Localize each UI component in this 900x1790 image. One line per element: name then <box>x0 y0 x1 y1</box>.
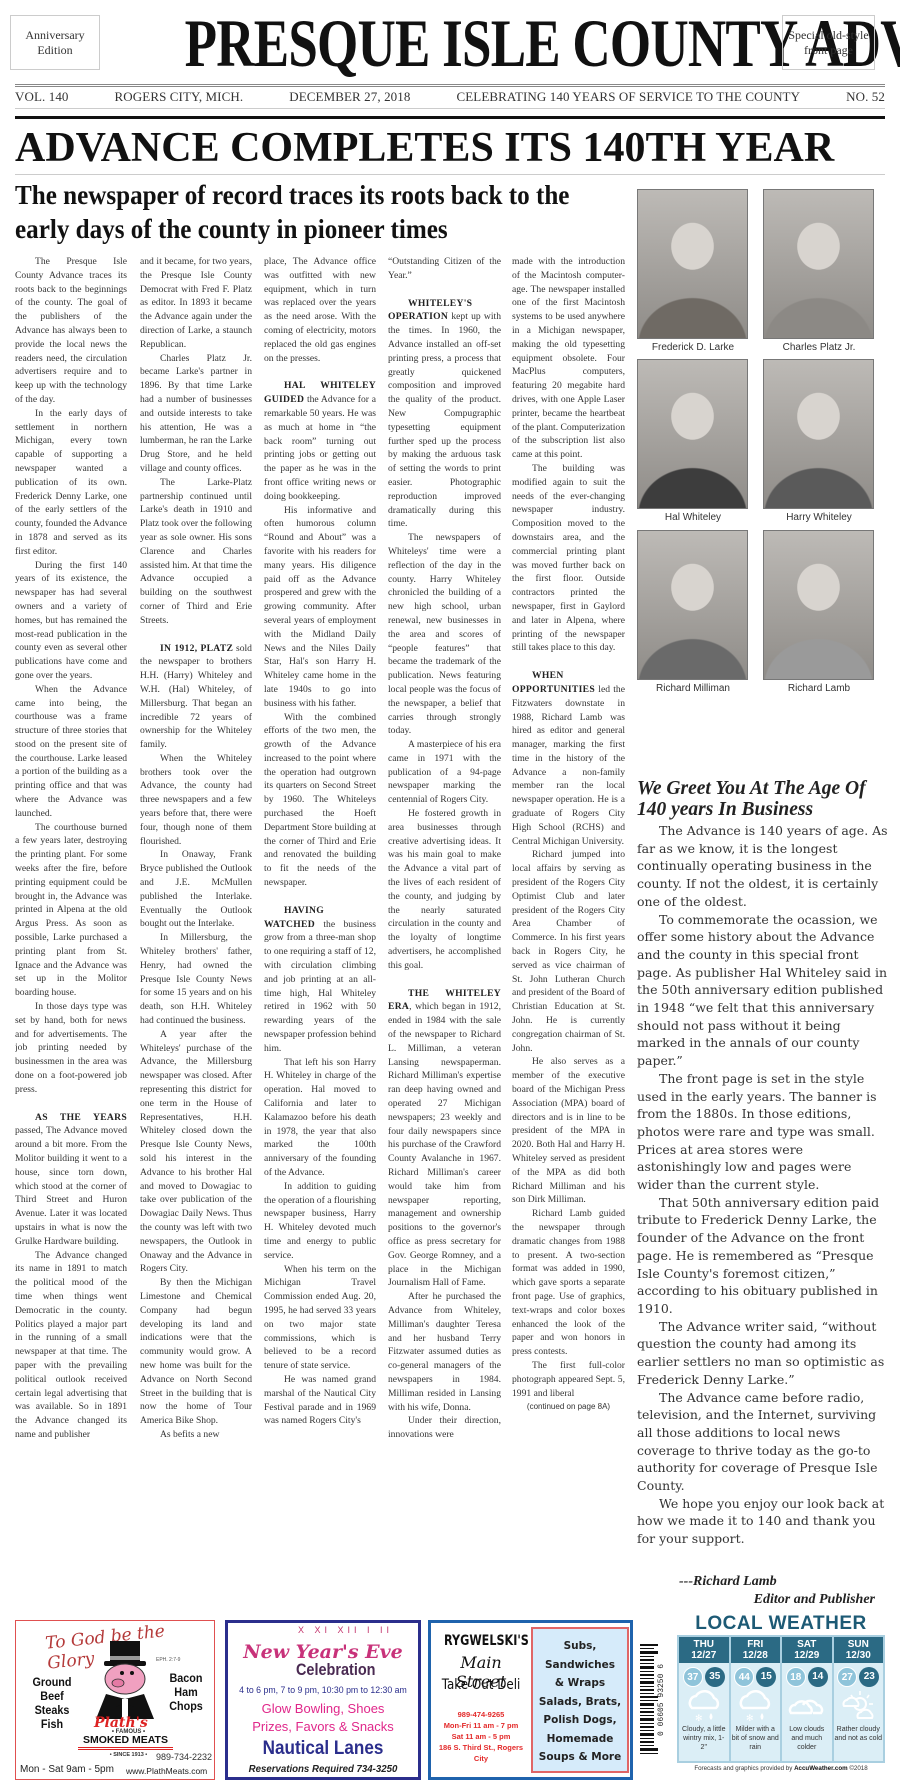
ad-hours: Mon-Fri 11 am - 7 pm <box>433 1720 529 1731</box>
continued-note[interactable]: (continued on page 8A) <box>512 1400 625 1414</box>
low-temp: 15 <box>756 1667 776 1687</box>
forecast-description: Low clouds and much colder <box>782 1725 832 1752</box>
article-paragraph: In Onaway, Frank Bryce published the Out… <box>140 848 252 931</box>
ad-product: SMOKED MEATS <box>78 1734 173 1750</box>
article-paragraph: WHITELEY'S OPERATION kept up with the ti… <box>388 297 501 532</box>
ad-item: Ground Beef <box>21 1675 82 1703</box>
forecast-day-header: FRI12/28 <box>731 1637 781 1663</box>
ad-hours: Sat 11 am - 5 pm <box>433 1731 529 1742</box>
section-lead: IN 1912, PLATZ <box>160 643 233 654</box>
ad-item: Steaks <box>21 1703 82 1717</box>
ad-address: 186 S. Third St., Rogers City <box>433 1742 529 1764</box>
forecast-description: Milder with a bit of snow and rain <box>731 1725 781 1752</box>
portrait-image <box>638 360 747 508</box>
editor-note-paragraph: That 50th anniversary edition paid tribu… <box>637 1194 890 1318</box>
article-paragraph: By then the Michigan Limestone and Chemi… <box>140 1276 252 1428</box>
high-temp: 37 <box>683 1667 703 1687</box>
photo-charles-platz <box>763 189 874 339</box>
ad-menu-box: Subs, Sandwiches & Wraps Salads, Brats, … <box>531 1627 629 1773</box>
location: ROGERS CITY, MICH. <box>115 89 244 105</box>
ad-line: Prizes, Favors & Snacks <box>228 1719 418 1734</box>
article-paragraph: His informative and often humorous colum… <box>264 504 376 711</box>
local-weather-widget: LOCAL WEATHER THU12/27 3735 ✻ Cloudy, a … <box>677 1613 885 1783</box>
plath-meats-ad[interactable]: To God be the Glory EPH. 2:7-9 Ground Be… <box>15 1620 215 1780</box>
article-paragraph: The building was modified again to suit … <box>512 462 625 655</box>
photo-richard-lamb <box>763 530 874 680</box>
article-column-2: and it became, for two years, the Presqu… <box>140 255 252 1595</box>
clock-icon: X XI XII I II <box>298 1625 393 1635</box>
high-temp: 27 <box>837 1667 857 1687</box>
article-paragraph: He fostered growth in area businesses th… <box>388 807 501 973</box>
ad-subtitle: Celebration <box>242 1660 404 1680</box>
photo-hal-whiteley <box>637 359 748 509</box>
editor-signature: ---Richard Lamb Editor and Publisher <box>637 1573 875 1609</box>
article-paragraph: HAVING WATCHED the business grow from a … <box>264 904 376 1056</box>
weather-credit: Forecasts and graphics provided by AccuW… <box>677 1765 885 1772</box>
photo-richard-milliman <box>637 530 748 680</box>
forecast-temps: 2723 <box>834 1667 884 1687</box>
issue-date: DECEMBER 27, 2018 <box>289 89 410 105</box>
article-paragraph: Richard Lamb guided the newspaper throug… <box>512 1207 625 1359</box>
section-lead: HAL WHITELEY GUIDED <box>264 380 376 405</box>
article-paragraph: THE WHITELEY ERA, which began in 1912, e… <box>388 987 501 1291</box>
forecast-date: 12/27 <box>679 1650 729 1661</box>
article-paragraph: When the Advance came into being, the co… <box>15 683 127 821</box>
ad-phone: 989-734-2232 <box>156 1752 212 1762</box>
article-paragraph: In Millersburg, the Whiteley brothers' f… <box>140 931 252 1028</box>
ad-contact: 989-474-9265 Mon-Fri 11 am - 7 pm Sat 11… <box>433 1709 529 1764</box>
ad-take: Take Out Deli <box>440 1677 522 1693</box>
article-paragraph: The newspapers of Whiteleys' time were a… <box>388 531 501 738</box>
photo-frederick-larke <box>637 189 748 339</box>
dateline-divider <box>15 108 885 109</box>
article-paragraph: “Outstanding Citizen of the Year.” <box>388 255 501 283</box>
editor-note-paragraph: The front page is set in the style used … <box>637 1070 890 1194</box>
forecast-date: 12/30 <box>834 1650 884 1661</box>
editor-note-title: We Greet You At The Age Of 140 years In … <box>637 778 892 820</box>
section-lead: WHEN OPPORTUNITIES <box>512 670 595 695</box>
ad-left-items: Ground Beef Steaks Fish <box>21 1675 82 1731</box>
article-paragraph: IN 1912, PLATZ sold the newspaper to bro… <box>140 642 252 752</box>
ad-name: RYGWELSKI'S <box>444 1633 516 1649</box>
svg-text:✻: ✻ <box>746 1713 754 1723</box>
low-temp: 14 <box>808 1667 828 1687</box>
ear-text: Anniversary Edition <box>11 28 99 58</box>
forecast-temps: 1814 <box>782 1667 832 1687</box>
editor-note-paragraph: To commemorate the ocassion, we offer so… <box>637 911 890 1070</box>
article-paragraph: With the combined efforts of the two men… <box>264 711 376 890</box>
editor-note-paragraph: The Advance is 140 years of age. As far … <box>637 822 890 911</box>
article-paragraph: made with the introduction of the Macint… <box>512 255 625 462</box>
photo-caption: Charles Platz Jr. <box>759 342 879 353</box>
issue-number: NO. 52 <box>846 89 885 105</box>
forecast-description: Rather cloudy and not as cold <box>834 1725 884 1743</box>
photo-caption: Hal Whiteley <box>633 512 753 523</box>
menu-item: Soups & More <box>533 1748 627 1767</box>
low-temp: 35 <box>705 1667 725 1687</box>
forecast-weekday: SAT <box>782 1639 832 1650</box>
ad-hours: Mon - Sat 9am - 5pm <box>20 1764 114 1775</box>
article-paragraph: Richard jumped into local affairs by ser… <box>512 848 625 1055</box>
article-paragraph: When his term on the Michigan Travel Com… <box>264 1263 376 1373</box>
high-temp: 18 <box>786 1667 806 1687</box>
forecast-day: FRI12/28 4415 ✻ Milder with a bit of sno… <box>731 1637 781 1761</box>
photo-caption: Harry Whiteley <box>759 512 879 523</box>
article-paragraph: Under their direction, innovations were <box>388 1414 501 1442</box>
article-paragraph: The Advance changed its name in 1891 to … <box>15 1249 127 1442</box>
article-paragraph: place, The Advance office was outfitted … <box>264 255 376 365</box>
cloud-snow-rain-icon: ✻ <box>731 1687 781 1725</box>
article-paragraph: The Larke-Platz partnership continued un… <box>140 476 252 628</box>
high-temp: 44 <box>734 1667 754 1687</box>
forecast-day-header: THU12/27 <box>679 1637 729 1663</box>
slogan: CELEBRATING 140 YEARS OF SERVICE TO THE … <box>456 89 800 105</box>
section-lead: AS THE YEARS <box>35 1112 127 1123</box>
article-paragraph: That left his son Harry H. Whiteley in c… <box>264 1056 376 1180</box>
newspaper-flag: PRESQUE ISLE COUNTY ADVANCE <box>185 6 700 81</box>
article-paragraph: When the Whiteley brothers took over the… <box>140 752 252 849</box>
article-paragraph: He also serves as a member of the execut… <box>512 1055 625 1207</box>
portrait-image <box>764 360 873 508</box>
forecast-description: Cloudy, a little wintry mix, 1-2" <box>679 1725 729 1752</box>
portrait-image <box>638 190 747 338</box>
ad-website-link[interactable]: www.PlathMeats.com <box>126 1766 207 1776</box>
forecast-day-header: SUN12/30 <box>834 1637 884 1663</box>
menu-item: Sandwiches <box>533 1656 627 1675</box>
svg-text:✻: ✻ <box>695 1713 703 1723</box>
forecast-day-header: SAT12/29 <box>782 1637 832 1663</box>
photo-caption: Richard Lamb <box>759 683 879 694</box>
signature-title: Editor and Publisher <box>637 1591 875 1609</box>
article-column-4: “Outstanding Citizen of the Year.”WHITEL… <box>388 255 501 1595</box>
forecast-day: SAT12/29 1814 Low clouds and much colder <box>782 1637 832 1761</box>
ad-item: Chops <box>164 1699 209 1713</box>
ad-reservations: Reservations Required 734-3250 <box>236 1763 411 1775</box>
forecast-weekday: THU <box>679 1639 729 1650</box>
pig-mascot-icon <box>88 1639 163 1719</box>
credit-brand: AccuWeather.com <box>794 1765 848 1772</box>
banner-top-rule <box>15 116 885 119</box>
photo-harry-whiteley <box>763 359 874 509</box>
ad-right-items: Bacon Ham Chops <box>164 1671 209 1713</box>
barcode-number: 0 06605 93250 6 <box>657 1640 666 1760</box>
weather-forecast-grid: THU12/27 3735 ✻ Cloudy, a little wintry … <box>677 1635 885 1763</box>
volume: VOL. 140 <box>15 89 69 105</box>
special-front-page-ear: Special old-style front page <box>782 15 875 70</box>
cloud-snow-rain-icon: ✻ <box>679 1687 729 1725</box>
forecast-temps: 3735 <box>679 1667 729 1687</box>
menu-item: & Wraps <box>533 1674 627 1693</box>
signature-name: ---Richard Lamb <box>637 1573 875 1591</box>
photo-caption: Frederick D. Larke <box>633 342 753 353</box>
article-paragraph: A year after the Whiteleys' purchase of … <box>140 1028 252 1276</box>
article-paragraph: and it became, for two years, the Presqu… <box>140 255 252 352</box>
article-paragraph: WHEN OPPORTUNITIES led the Fitzwaters do… <box>512 669 625 848</box>
banner-headline: ADVANCE COMPLETES ITS 140TH YEAR <box>15 120 885 176</box>
editor-note-body: The Advance is 140 years of age. As far … <box>637 822 890 1548</box>
forecast-temps: 4415 <box>731 1667 781 1687</box>
portrait-image <box>764 531 873 679</box>
article-paragraph: During the first 140 years of its existe… <box>15 559 127 683</box>
anniversary-edition-ear: Anniversary Edition <box>10 15 100 70</box>
section-lead: WHITELEY'S OPERATION <box>388 298 472 323</box>
masthead-divider <box>15 84 885 87</box>
article-paragraph: AS THE YEARS passed, The Advance moved a… <box>15 1111 127 1249</box>
article-paragraph: Charles Platz Jr. became Larke's partner… <box>140 352 252 476</box>
deck-headline: The newspaper of record traces its roots… <box>15 178 620 246</box>
forecast-date: 12/29 <box>782 1650 832 1661</box>
article-paragraph: After he purchased the Advance from Whit… <box>388 1290 501 1414</box>
article-paragraph: As befits a new <box>140 1428 252 1442</box>
ad-item: Ham <box>164 1685 209 1699</box>
article-paragraph: HAL WHITELEY GUIDED the Advance for a re… <box>264 379 376 503</box>
section-lead: THE WHITELEY ERA <box>388 988 501 1013</box>
credit-text: Forecasts and graphics provided by <box>694 1765 792 1772</box>
article-paragraph: He was named grand marshal of the Nautic… <box>264 1373 376 1428</box>
menu-item: Salads, Brats, <box>533 1693 627 1712</box>
article-paragraph: In addition to guiding the operation of … <box>264 1180 376 1263</box>
weather-title: LOCAL WEATHER <box>677 1613 885 1635</box>
nautical-lanes-ad[interactable]: X XI XII I II New Year's Eve Celebration… <box>225 1620 421 1780</box>
credit-year: ©2018 <box>849 1765 867 1772</box>
article-column-3: place, The Advance office was outfitted … <box>264 255 376 1595</box>
editor-note-paragraph: We hope you enjoy our look back at how w… <box>637 1495 890 1548</box>
article-paragraph: The first full-color photograph appeared… <box>512 1359 625 1400</box>
ear-text: Special old-style front page <box>783 28 874 58</box>
forecast-weekday: SUN <box>834 1639 884 1650</box>
article-paragraph: The courthouse burned a few years later,… <box>15 821 127 1000</box>
forecast-day: THU12/27 3735 ✻ Cloudy, a little wintry … <box>679 1637 729 1761</box>
portrait-image <box>638 531 747 679</box>
forecast-day: SUN12/30 2723 Rather cloudy and not as c… <box>834 1637 884 1761</box>
ad-venue: Nautical Lanes <box>238 1738 409 1760</box>
forecast-date: 12/28 <box>731 1650 781 1661</box>
dateline: VOL. 140 ROGERS CITY, MICH. DECEMBER 27,… <box>15 89 885 105</box>
article-paragraph: A masterpiece of his era came in 1971 wi… <box>388 738 501 807</box>
ad-line: Glow Bowling, Shoes <box>228 1701 418 1716</box>
banner-bottom-rule <box>15 174 885 175</box>
ad-item: Bacon <box>164 1671 209 1685</box>
low-temp: 23 <box>859 1667 879 1687</box>
rygwelski-deli-ad[interactable]: RYGWELSKI'S Main Street Take Out Deli 98… <box>428 1620 633 1780</box>
ad-item: Fish <box>21 1717 82 1731</box>
article-paragraph: In the early days of settlement in north… <box>15 407 127 559</box>
partly-cloudy-icon <box>834 1687 884 1725</box>
menu-item: Homemade <box>533 1730 627 1749</box>
photo-caption: Richard Milliman <box>633 683 753 694</box>
article-column-1: The Presque Isle County Advance traces i… <box>15 255 127 1595</box>
editor-note-paragraph: The Advance came before radio, televisio… <box>637 1389 890 1495</box>
forecast-weekday: FRI <box>731 1639 781 1650</box>
section-lead: HAVING WATCHED <box>264 905 324 930</box>
editor-note-paragraph: The Advance writer said, “without questi… <box>637 1318 890 1389</box>
low-clouds-icon <box>782 1687 832 1725</box>
article-column-5: made with the introduction of the Macint… <box>512 255 625 1605</box>
article-paragraph: In those days type was set by hand, both… <box>15 1000 127 1097</box>
article-paragraph: The Presque Isle County Advance traces i… <box>15 255 127 407</box>
portrait-image <box>764 190 873 338</box>
menu-item: Polish Dogs, <box>533 1711 627 1730</box>
ad-phone: 989-474-9265 <box>433 1709 529 1720</box>
ad-times: 4 to 6 pm, 7 to 9 pm, 10:30 pm to 12:30 … <box>236 1685 411 1696</box>
menu-item: Subs, <box>533 1637 627 1656</box>
